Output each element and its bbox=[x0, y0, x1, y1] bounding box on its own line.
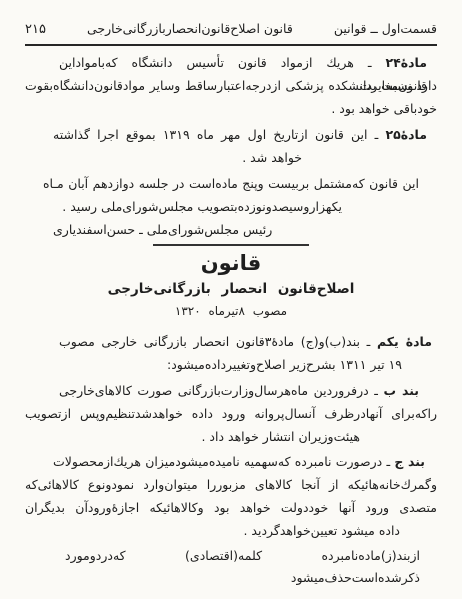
article-24: مادهٔ۲۴ ـ هریك ازمواد قانون تأسیس دانشگا… bbox=[25, 52, 437, 120]
law-heading: قانون bbox=[25, 248, 437, 278]
ratification-line-2: یكهزاروسیصدونوزده‌بتصویب مجلس‌شورای‌ملی … bbox=[25, 196, 437, 219]
clause-j-text-1: ـ درصورت نامبرده كه‌سهمیه نامیده‌میشودمی… bbox=[53, 454, 394, 469]
article-24-label: مادهٔ۲۴ bbox=[386, 55, 428, 70]
clause-b-label: بند ب bbox=[383, 383, 419, 398]
header-law-title: قانون اصلاح‌قانون‌انحصاربازرگانی‌خارجی bbox=[46, 20, 334, 38]
clause-j-line-2: وگمرك‌خانه‌هائیكه از آنجا كالاهای مزبورر… bbox=[25, 474, 437, 497]
signature-block: رئیس مجلس‌شورای‌ملی ـ حسن‌اسفندیاری bbox=[25, 219, 437, 242]
article-1-label: مادهٔ یكم bbox=[377, 334, 432, 349]
clause-j-line-4: داده میشود تعیین‌خواهدگردید . bbox=[25, 520, 437, 543]
clause-b: بند ب ـ درفروردین ماه‌هرسال‌وزارت‌بازرگا… bbox=[25, 380, 437, 448]
article-24-line-1: مادهٔ۲۴ ـ هریك ازمواد قانون تأسیس دانشگا… bbox=[25, 52, 437, 75]
signature-line: رئیس مجلس‌شورای‌ملی ـ حسن‌اسفندیاری bbox=[25, 219, 437, 242]
clause-z-amendment: ازبند(ز)ماده‌نامبرده كلمه(اقتصادی) كه‌در… bbox=[25, 545, 437, 568]
article-25: مادهٔ۲۵ ـ این قانون ازتاریخ اول مهر ماه … bbox=[25, 124, 437, 170]
page-number: ۲۱۵ bbox=[25, 21, 46, 39]
law-subheading: اصلاح‌قانون انحصار بازرگانی‌خارجی bbox=[25, 278, 437, 300]
header-rule bbox=[25, 44, 437, 46]
article-1-text-1: ـ بند(ب)و(ج) مادهٔ۳قانون انحصار بازرگانی… bbox=[59, 334, 377, 349]
clause-j-line-3: متصدی ورود آنها خوددولت خواهد بود وكالاه… bbox=[25, 497, 437, 520]
article-25-line-2: خواهد شد . bbox=[25, 147, 437, 170]
article-25-label: مادهٔ۲۵ bbox=[386, 127, 428, 142]
article-1-line-2: ۱۹ تیر ۱۳۱۱ بشرح‌زیر اصلاح‌وتغییرداده‌می… bbox=[25, 354, 437, 377]
article-24-line-2: دارد نسبت بدانشكده پزشكی ازدرجه‌اعتبارسا… bbox=[25, 75, 437, 98]
document-page: قسمت‌اول ــ قوانین قانون اصلاح‌قانون‌انح… bbox=[0, 0, 462, 599]
article-1-line-1: مادهٔ یكم ـ بند(ب)و(ج) مادهٔ۳قانون انحصا… bbox=[25, 331, 437, 354]
ratification-line-1: این قانون كه‌مشتمل بربیست وپنج ماده‌است … bbox=[25, 173, 437, 196]
clause-b-line-2: راكه‌برای آنهادرظرف آنسال‌پروانه ورود دا… bbox=[25, 403, 437, 426]
ratification-paragraph: این قانون كه‌مشتمل بربیست وپنج ماده‌است … bbox=[25, 173, 437, 219]
page-header: قسمت‌اول ــ قوانین قانون اصلاح‌قانون‌انح… bbox=[25, 20, 437, 39]
clause-j-label: بند ج bbox=[394, 454, 425, 469]
clause-b-line-3: هیئت‌وزیران انتشار خواهد داد . bbox=[25, 426, 437, 449]
clause-j: بند ج ـ درصورت نامبرده كه‌سهمیه نامیده‌م… bbox=[25, 451, 437, 542]
section-divider-rule bbox=[153, 244, 309, 246]
clause-b-line-1: بند ب ـ درفروردین ماه‌هرسال‌وزارت‌بازرگا… bbox=[25, 380, 437, 403]
article-1: مادهٔ یكم ـ بند(ب)و(ج) مادهٔ۳قانون انحصا… bbox=[25, 331, 437, 377]
article-25-line-1: مادهٔ۲۵ ـ این قانون ازتاریخ اول مهر ماه … bbox=[25, 124, 437, 147]
clause-b-text-1: ـ درفروردین ماه‌هرسال‌وزارت‌بازرگانی صور… bbox=[59, 383, 383, 398]
clause-z-line-1: ازبند(ز)ماده‌نامبرده كلمه(اقتصادی) كه‌در… bbox=[25, 545, 437, 568]
clause-j-line-1: بند ج ـ درصورت نامبرده كه‌سهمیه نامیده‌م… bbox=[25, 451, 437, 474]
article-24-line-3: خودباقی خواهد بود . bbox=[25, 98, 437, 121]
header-section-title: قسمت‌اول ــ قوانین bbox=[334, 20, 437, 38]
law-approval-date: مصوب ۸تیرماه ۱۳۲۰ bbox=[25, 300, 437, 322]
article-25-text-1: ـ این قانون ازتاریخ اول مهر ماه ۱۳۱۹ بمو… bbox=[53, 127, 386, 142]
